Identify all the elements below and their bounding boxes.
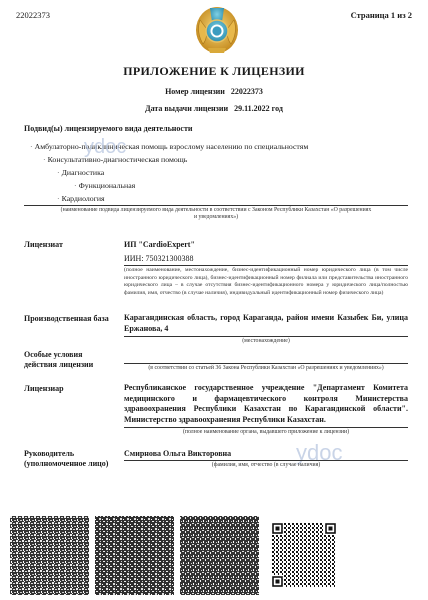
license-number-row: Номер лицензии22022373: [0, 87, 428, 96]
licensee-label: Лицензиат: [24, 240, 63, 250]
qr-code-icon: [272, 523, 336, 587]
divider: [124, 427, 408, 428]
divider: [124, 336, 408, 337]
divider: [124, 460, 408, 461]
licensor-value: Республиканское государственное учрежден…: [124, 383, 408, 425]
2d-barcode-icon: [10, 516, 89, 595]
bullet-icon: ·: [43, 155, 46, 164]
production-base-label: Производственная база: [24, 314, 109, 324]
subtype-item: ·Кардиология: [57, 194, 105, 203]
2d-barcode-icon: [95, 516, 174, 595]
license-number-label: Номер лицензии: [165, 87, 225, 96]
2d-barcode-icon: [180, 516, 259, 595]
licensee-iin: ИИН: 750321300388: [124, 254, 194, 263]
watermark: ydoc: [84, 136, 126, 159]
licensor-label: Лицензиар: [24, 384, 64, 394]
kazakhstan-state-emblem-icon: [194, 2, 240, 56]
production-base-caption: (местонахождение): [124, 338, 408, 345]
head-name: Смирнова Ольга Викторовна: [124, 449, 231, 458]
divider: [124, 265, 408, 266]
subtype-item: ·Функциональная: [74, 181, 135, 190]
divider: [24, 205, 408, 206]
bullet-icon: ·: [57, 168, 60, 177]
licensee-note: (полное наименование, местонахождение, б…: [124, 267, 408, 297]
divider: [124, 363, 408, 364]
special-conditions-caption: (в соответствии со статьей 36 Закона Рес…: [124, 365, 408, 372]
production-base-value: Карагандинская область, город Караганда,…: [124, 313, 408, 334]
license-number-value: 22022373: [231, 87, 263, 96]
special-conditions-label: Особые условия действия лицензии: [24, 350, 93, 370]
subtypes-heading: Подвид(ы) лицензируемого вида деятельнос…: [24, 124, 193, 133]
license-date-row: Дата выдачи лицензии29.11.2022 год: [0, 104, 428, 113]
document-title: ПРИЛОЖЕНИЕ К ЛИЦЕНЗИИ: [0, 64, 428, 79]
licensee-name: ИП "CardioExpert": [124, 240, 195, 249]
bullet-icon: ·: [57, 194, 60, 203]
head-label: Руководитель (уполномоченное лицо): [24, 449, 108, 469]
bullet-icon: ·: [74, 181, 77, 190]
licensor-caption: (полное наименование органа, выдавшего п…: [124, 429, 408, 436]
subtype-item: ·Диагностика: [57, 168, 104, 177]
license-date-value: 29.11.2022 год: [234, 104, 283, 113]
license-date-label: Дата выдачи лицензии: [145, 104, 228, 113]
subtypes-caption: (наименование подвида лицензируемого вид…: [24, 207, 408, 221]
head-caption: (фамилия, имя, отчество (в случае наличи…: [124, 462, 408, 469]
document-number: 22022373: [16, 10, 50, 20]
subtype-item: ·Амбулаторно-поликлиническая помощь взро…: [30, 142, 308, 151]
page-indicator: Страница 1 из 2: [351, 10, 412, 20]
bullet-icon: ·: [30, 142, 33, 151]
